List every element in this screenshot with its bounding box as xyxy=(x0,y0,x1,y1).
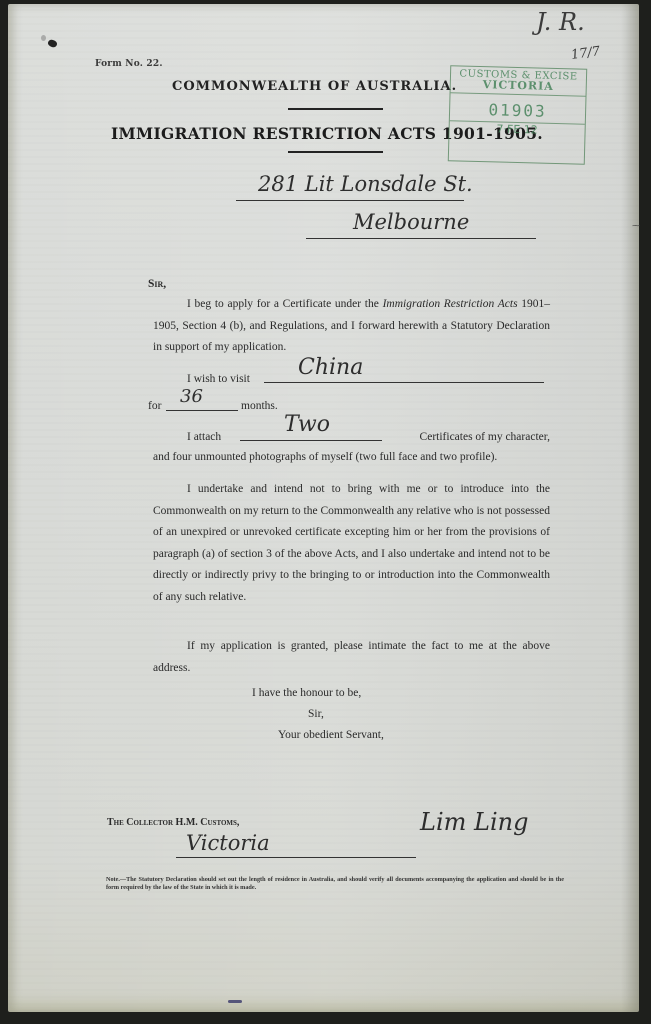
addressee-field-rule xyxy=(176,857,416,858)
address-line2-rule xyxy=(306,238,536,239)
document-page: J. R. 17/7 Form No. 22. COMMONWEALTH OF … xyxy=(8,4,639,1012)
duration-field-rule xyxy=(166,410,238,411)
footnote: Note.—The Statutory Declaration should s… xyxy=(106,876,564,891)
addressee-state: Victoria xyxy=(186,831,270,855)
visit-field-rule xyxy=(264,382,544,383)
closing-line2: Sir, xyxy=(308,704,324,726)
attach-suffix: Certificates of my character, xyxy=(384,427,550,449)
stamp-number: 01903 xyxy=(450,99,585,122)
edge-mark: ⁓ xyxy=(632,221,640,230)
undertaking-paragraph: I undertake and intend not to bring with… xyxy=(153,479,550,608)
applicant-signature: Lim Ling xyxy=(420,808,528,836)
handwritten-initials: J. R. xyxy=(536,8,585,36)
form-number: Form No. 22. xyxy=(95,59,163,69)
attach-photographs-text: and four unmounted photographs of myself… xyxy=(153,447,553,469)
address-line2: Melbourne xyxy=(353,210,469,234)
visit-destination-value: China xyxy=(298,355,363,380)
stamp-date: 7·FE 12 xyxy=(449,120,584,138)
closing-line3: Your obedient Servant, xyxy=(278,725,384,747)
customs-stamp: CUSTOMS & EXCISE VICTORIA 01903 7·FE 12 xyxy=(448,65,587,165)
attach-field-rule xyxy=(240,440,382,441)
document-header: COMMONWEALTH OF AUSTRALIA. xyxy=(172,79,457,94)
address-line1-rule xyxy=(236,200,464,201)
duration-prefix: for xyxy=(148,396,161,418)
duration-value: 36 xyxy=(180,386,203,407)
ink-spot xyxy=(41,35,46,41)
header-rule-bottom xyxy=(288,151,383,153)
ink-blot xyxy=(47,38,58,49)
page-edge-shadow xyxy=(621,4,639,1012)
granted-paragraph: If my application is granted, please int… xyxy=(153,636,550,679)
header-rule-top xyxy=(288,108,383,110)
attach-prefix: I attach xyxy=(187,427,221,449)
pencil-mark xyxy=(228,1000,242,1003)
address-line1: 281 Lit Lonsdale St. xyxy=(258,172,473,196)
closing-line1: I have the honour to be, xyxy=(252,683,361,705)
application-paragraph: I beg to apply for a Certificate under t… xyxy=(153,294,550,359)
paragraph1-text-a: I beg to apply for a Certificate under t… xyxy=(187,298,383,310)
paragraph1-acts-italic: Immigration Restriction Acts xyxy=(383,298,518,310)
handwritten-initials-date: 17/7 xyxy=(570,44,601,63)
attach-count-value: Two xyxy=(284,412,330,437)
salutation: Sir, xyxy=(148,274,166,296)
duration-suffix: months. xyxy=(241,396,278,418)
